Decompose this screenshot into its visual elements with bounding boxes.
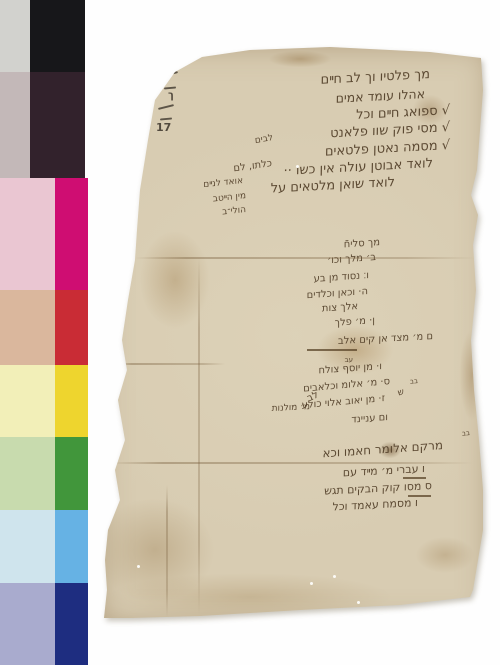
color-patch-left bbox=[0, 583, 55, 665]
color-patch-right bbox=[55, 178, 88, 290]
script-line: אהלו עומד אמים bbox=[315, 86, 425, 107]
script-line: ו׃ נסוד מן בע bbox=[305, 270, 369, 285]
script-line: ו· מן יוסף צולח bbox=[281, 361, 382, 379]
script-line: ם מ׳ מצד אן קים אלב bbox=[297, 331, 433, 349]
underline-mark bbox=[403, 477, 426, 479]
paper-speck bbox=[357, 601, 360, 604]
script-line: ה· וכאן וכלדים bbox=[296, 286, 368, 302]
pencil-stroke bbox=[162, 71, 178, 77]
script-line: ום עניינד bbox=[322, 412, 388, 428]
grayscale-patch-right bbox=[30, 72, 85, 178]
script-line: ן· מ׳ פלך bbox=[314, 315, 375, 330]
paper-speck bbox=[333, 575, 336, 578]
paper-speck bbox=[137, 565, 140, 568]
script-line: מרקם אלומר חאמו וכא bbox=[306, 438, 443, 462]
grayscale-patch-left bbox=[0, 72, 30, 178]
underline-mark bbox=[307, 349, 357, 351]
script-line: אלך צות bbox=[302, 301, 358, 316]
script-line: הולי־ב bbox=[204, 205, 246, 219]
pencil-mark: ך bbox=[168, 90, 182, 101]
script-line: ו מסמח עאמד וכל bbox=[309, 496, 418, 515]
pencil-mark: 17 bbox=[156, 121, 178, 134]
color-patch-right bbox=[55, 583, 88, 665]
color-patch-right bbox=[55, 365, 88, 437]
script-line: לבים bbox=[247, 133, 274, 147]
color-patch-left bbox=[0, 290, 55, 365]
crease-horizontal bbox=[108, 462, 473, 464]
color-patch-left bbox=[0, 365, 55, 437]
paper-speck bbox=[296, 165, 299, 168]
script-line: מך פלטיו וך לב חײם bbox=[315, 67, 430, 88]
crease-vertical bbox=[198, 257, 200, 615]
manuscript-fragment-wrap: מך פלטיו וך לב חײםאהלו עומד אמים√ ספואג … bbox=[100, 45, 495, 630]
script-line: ש bbox=[384, 387, 405, 402]
color-patch-left bbox=[0, 510, 55, 583]
grayscale-patch-left bbox=[0, 0, 30, 72]
crease-horizontal bbox=[115, 363, 225, 365]
script-line: מין הײטב bbox=[194, 191, 246, 206]
manuscript-fragment: מך פלטיו וך לב חײםאהלו עומד אמים√ ספואג … bbox=[100, 45, 490, 625]
digitized-manuscript-photo: RylandsGenizahfragmentC 66-2 cm Image © … bbox=[0, 0, 500, 665]
color-patch-right bbox=[55, 510, 88, 583]
pencil-stroke bbox=[158, 104, 174, 110]
paper-speck bbox=[310, 582, 313, 585]
calibration-strip: RylandsGenizahfragmentC 66-2 cm Image © … bbox=[0, 0, 95, 665]
color-patch-right bbox=[55, 290, 88, 365]
script-line: מך סליחֿ bbox=[338, 237, 380, 251]
script-line: אואד לנײם bbox=[191, 176, 243, 191]
color-patch-left bbox=[0, 178, 55, 290]
script-line: ב׳ מלך וכו׳ bbox=[330, 252, 376, 266]
script-line: בב bbox=[396, 377, 418, 387]
color-patch-left bbox=[0, 437, 55, 510]
crease-vertical bbox=[166, 485, 168, 617]
crease-horizontal bbox=[135, 257, 475, 259]
grayscale-patch-right bbox=[30, 0, 85, 72]
script-line: בב bbox=[452, 429, 470, 439]
color-patch-right bbox=[55, 437, 88, 510]
